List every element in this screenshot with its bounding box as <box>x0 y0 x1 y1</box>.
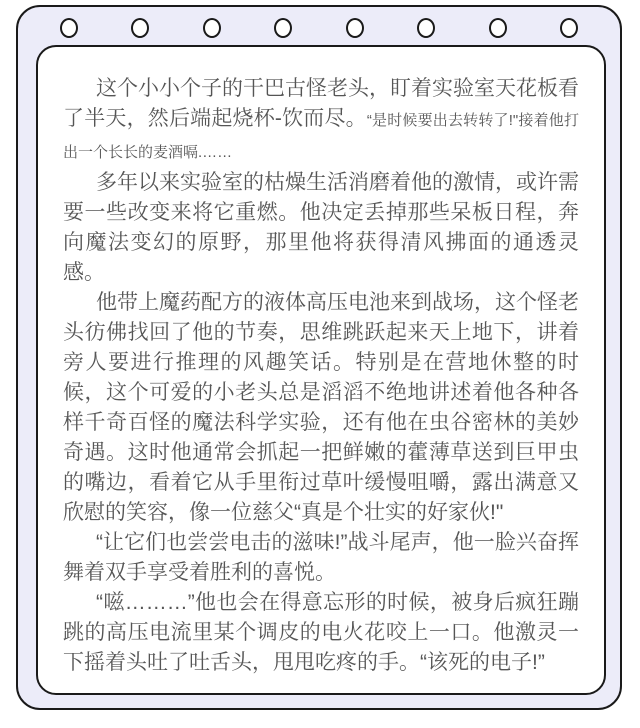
paragraph: 这个小小个子的干巴古怪老头，盯着实验室天花板看了半天，然后端起烧杯-饮而尽。“是… <box>63 74 579 168</box>
paragraph: “让它们也尝尝电击的滋味!”战斗尾声，他一脸兴奋挥舞着双手享受着胜利的喜悦。 <box>63 528 579 588</box>
paragraph: 他带上魔药配方的液体高压电池来到战场，这个怪老头彷佛找回了他的节奏，思维跳跃起来… <box>63 288 579 528</box>
paragraph: “嗞………”他也会在得意忘形的时候，被身后疯狂蹦跳的高压电流里某个调皮的电火花咬… <box>63 588 579 678</box>
paragraph-text: 他带上魔药配方的液体高压电池来到战场，这个怪老头彷佛找回了他的节奏，思维跳跃起来… <box>63 291 579 524</box>
binder-hole <box>203 18 221 38</box>
paragraph: 多年以来实验室的枯燥生活消磨着他的激情，或许需要一些改变来将它重燃。他决定丢掉那… <box>63 168 579 288</box>
binder-hole <box>489 18 507 38</box>
text-panel: 这个小小个子的干巴古怪老头，盯着实验室天花板看了半天，然后端起烧杯-饮而尽。“是… <box>36 45 606 695</box>
paragraph-text: 多年以来实验室的枯燥生活消磨着他的激情，或许需要一些改变来将它重燃。他决定丢掉那… <box>63 171 579 284</box>
paragraph-text: “嗞………”他也会在得意忘形的时候，被身后疯狂蹦跳的高压电流里某个调皮的电火花咬… <box>63 591 579 674</box>
binder-hole <box>131 18 149 38</box>
binder-holes-row <box>18 7 620 38</box>
page: 这个小小个子的干巴古怪老头，盯着实验室天花板看了半天，然后端起烧杯-饮而尽。“是… <box>0 0 640 728</box>
binder-hole <box>274 18 292 38</box>
binder-hole <box>346 18 364 38</box>
paragraph-text: “让它们也尝尝电击的滋味!”战斗尾声，他一脸兴奋挥舞着双手享受着胜利的喜悦。 <box>63 531 579 584</box>
notebook-card: 这个小小个子的干巴古怪老头，盯着实验室天花板看了半天，然后端起烧杯-饮而尽。“是… <box>16 5 622 710</box>
binder-hole <box>417 18 435 38</box>
binder-hole <box>60 18 78 38</box>
binder-hole <box>560 18 578 38</box>
